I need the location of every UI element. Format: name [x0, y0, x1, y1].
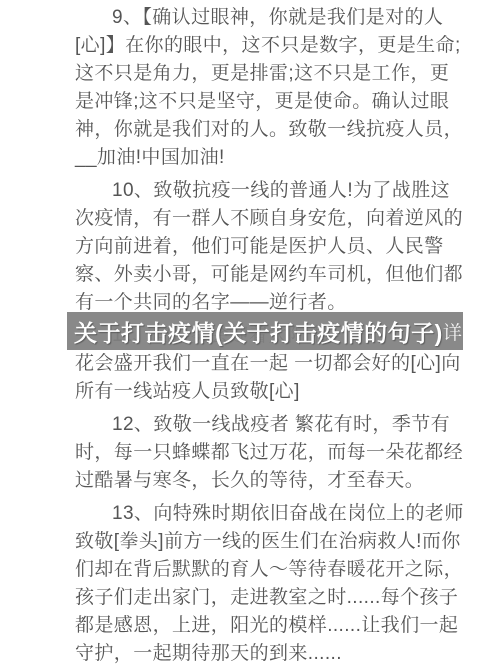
- text-line: 致敬[拳头]前方一线的医生们在治病救人!而你: [75, 528, 475, 556]
- text-line: 方向前进着，他们可能是医护人员、人民警: [75, 233, 475, 261]
- text-line: 9、【确认过眼神，你就是我们是对的人: [75, 4, 475, 32]
- text-line: 所有一线站疫人员致敬[心]: [75, 378, 475, 406]
- paragraph-10: 10、致敬抗疫一线的普通人!为了战胜这 次疫情，有一群人不顾自身安危，向着逆风的…: [75, 177, 475, 317]
- text-line: 孩子们走出家门，走进教室之时......每个孩子: [75, 584, 475, 612]
- text-line: 时，每一只蜂蝶都飞过万花，而每一朵花都经: [75, 439, 475, 467]
- text-line: 守护，一起期待那天的到来......: [75, 640, 475, 666]
- title-overlay-banner[interactable]: 关于打击疫情(关于打击疫情的句子) 详: [67, 312, 463, 350]
- text-line: 这不只是角力，更是排雷;这不只是工作，更: [75, 60, 475, 88]
- text-line: __加油!中国加油!: [75, 144, 475, 172]
- paragraph-9: 9、【确认过眼神，你就是我们是对的人 [心]】在你的眼中，这不只是数字，更是生命…: [75, 4, 475, 172]
- text-line: 次疫情，有一群人不顾自身安危，向着逆风的: [75, 205, 475, 233]
- text-line: 12、致敬一线战疫者 繁花有时，季节有: [75, 411, 475, 439]
- banner-suffix-text: 详: [443, 318, 462, 345]
- text-line: 察、外卖小哥，可能是网约车司机，但他们都: [75, 261, 475, 289]
- text-line: [心]】在你的眼中，这不只是数字，更是生命;: [75, 32, 475, 60]
- text-line: 过酷暑与寒冬，长久的等待，才至春天。: [75, 467, 475, 495]
- text-line: 们却在背后默默的育人～等待春暖花开之际，: [75, 556, 475, 584]
- text-line: 10、致敬抗疫一线的普通人!为了战胜这: [75, 177, 475, 205]
- text-line: 都是感恩，上进，阳光的模样......让我们一起: [75, 612, 475, 640]
- text-line: 13、向特殊时期依旧奋战在岗位上的老师: [75, 500, 475, 528]
- text-line: 花会盛开我们一直在一起 一切都会好的[心]向: [75, 350, 475, 378]
- paragraph-13: 13、向特殊时期依旧奋战在岗位上的老师 致敬[拳头]前方一线的医生们在治病救人!…: [75, 500, 475, 666]
- paragraph-12: 12、致敬一线战疫者 繁花有时，季节有 时，每一只蜂蝶都飞过万花，而每一朵花都经…: [75, 411, 475, 495]
- text-line: 神，你就是我们对的人。致敬一线抗疫人员，: [75, 116, 475, 144]
- text-line: 是冲锋;这不只是坚守，更是使命。确认过眼: [75, 88, 475, 116]
- banner-title-text[interactable]: 关于打击疫情(关于打击疫情的句子): [67, 315, 443, 348]
